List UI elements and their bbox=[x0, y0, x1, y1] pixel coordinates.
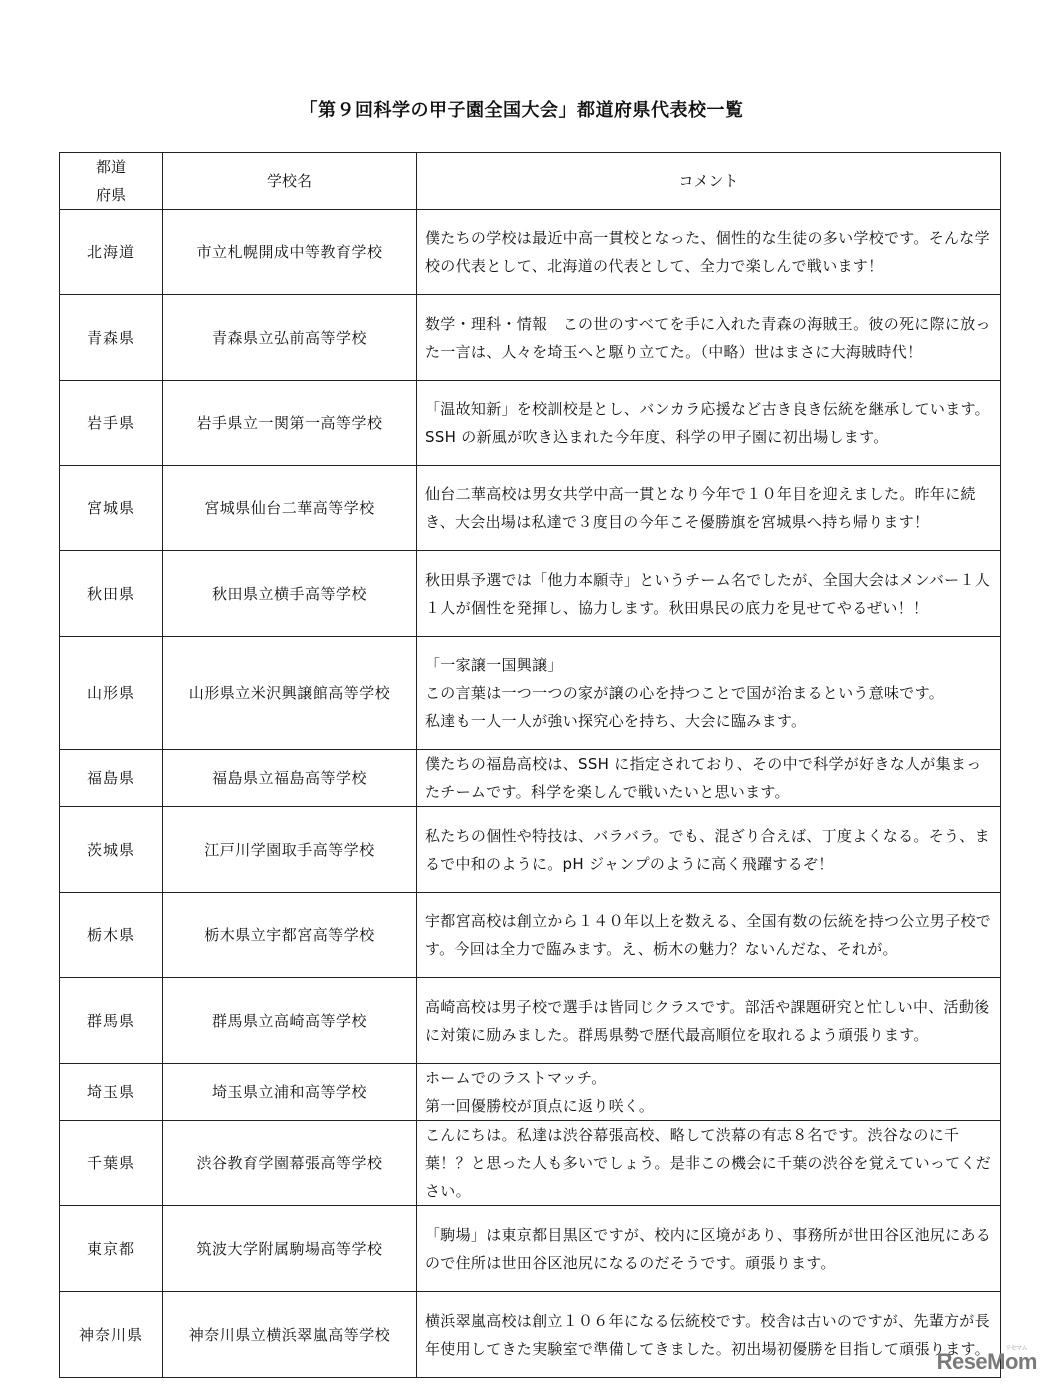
table-row: 埼玉県埼玉県立浦和高等学校ホームでのラストマッチ。 第一回優勝校が頂点に返り咲く… bbox=[60, 1064, 1001, 1121]
prefecture-cell: 秋田県 bbox=[60, 551, 163, 637]
representative-schools-table: 都道 府県 学校名 コメント 北海道市立札幌開成中等教育学校僕たちの学校は最近中… bbox=[59, 152, 1001, 1378]
school-name-cell: 福島県立福島高等学校 bbox=[163, 750, 417, 807]
table-row: 茨城県江戸川学園取手高等学校私たちの個性や特技は、バラバラ。でも、混ざり合えば、… bbox=[60, 807, 1001, 893]
resemom-logo: ReseMom リセマム bbox=[937, 1349, 1037, 1375]
prefecture-cell: 東京都 bbox=[60, 1206, 163, 1292]
school-name-cell: 秋田県立横手高等学校 bbox=[163, 551, 417, 637]
table-row: 栃木県栃木県立宇都宮高等学校宇都宮高校は創立から１４０年以上を数える、全国有数の… bbox=[60, 893, 1001, 978]
school-name-cell: 青森県立弘前高等学校 bbox=[163, 295, 417, 381]
page-title: 「第９回科学の甲子園全国大会」都道府県代表校一覧 bbox=[0, 96, 1043, 122]
prefecture-cell: 岩手県 bbox=[60, 381, 163, 466]
table-row: 群馬県群馬県立高崎高等学校高崎高校は男子校で選手は皆同じクラスです。部活や課題研… bbox=[60, 978, 1001, 1064]
prefecture-cell: 栃木県 bbox=[60, 893, 163, 978]
prefecture-cell: 青森県 bbox=[60, 295, 163, 381]
table-row: 福島県福島県立福島高等学校僕たちの福島高校は、SSH に指定されており、その中で… bbox=[60, 750, 1001, 807]
comment-cell: 数学・理科・情報 この世のすべてを手に入れた青森の海賊王。彼の死に際に放った一言… bbox=[417, 295, 1001, 381]
comment-cell: 僕たちの福島高校は、SSH に指定されており、その中で科学が好きな人が集まったチ… bbox=[417, 750, 1001, 807]
comment-cell: 横浜翠嵐高校は創立１０６年になる伝統校です。校舎は古いのですが、先輩方が長年使用… bbox=[417, 1292, 1001, 1378]
prefecture-cell: 北海道 bbox=[60, 210, 163, 295]
comment-cell: 高崎高校は男子校で選手は皆同じクラスです。部活や課題研究と忙しい中、活動後に対策… bbox=[417, 978, 1001, 1064]
prefecture-cell: 茨城県 bbox=[60, 807, 163, 893]
school-name-cell: 宮城県仙台二華高等学校 bbox=[163, 466, 417, 551]
comment-cell: 「温故知新」を校訓校是とし、バンカラ応援など古き良き伝統を継承しています。SSH… bbox=[417, 381, 1001, 466]
school-name-cell: 江戸川学園取手高等学校 bbox=[163, 807, 417, 893]
table-row: 秋田県秋田県立横手高等学校秋田県予選では「他力本願寺」というチーム名でしたが、全… bbox=[60, 551, 1001, 637]
table-header-row: 都道 府県 学校名 コメント bbox=[60, 153, 1001, 210]
table-row: 岩手県岩手県立一関第一高等学校「温故知新」を校訓校是とし、バンカラ応援など古き良… bbox=[60, 381, 1001, 466]
prefecture-cell: 神奈川県 bbox=[60, 1292, 163, 1378]
header-school: 学校名 bbox=[163, 153, 417, 210]
table-row: 神奈川県神奈川県立横浜翠嵐高等学校横浜翠嵐高校は創立１０６年になる伝統校です。校… bbox=[60, 1292, 1001, 1378]
comment-cell: 私たちの個性や特技は、バラバラ。でも、混ざり合えば、丁度よくなる。そう、まるで中… bbox=[417, 807, 1001, 893]
school-name-cell: 群馬県立高崎高等学校 bbox=[163, 978, 417, 1064]
school-name-cell: 渋谷教育学園幕張高等学校 bbox=[163, 1121, 417, 1206]
prefecture-cell: 群馬県 bbox=[60, 978, 163, 1064]
school-name-cell: 山形県立米沢興譲館高等学校 bbox=[163, 637, 417, 750]
school-name-cell: 筑波大学附属駒場高等学校 bbox=[163, 1206, 417, 1292]
table-row: 宮城県宮城県仙台二華高等学校仙台二華高校は男女共学中高一貫となり今年で１０年目を… bbox=[60, 466, 1001, 551]
header-comment: コメント bbox=[417, 153, 1001, 210]
table-row: 千葉県渋谷教育学園幕張高等学校こんにちは。私達は渋谷幕張高校、略して渋幕の有志８… bbox=[60, 1121, 1001, 1206]
prefecture-cell: 山形県 bbox=[60, 637, 163, 750]
comment-cell: 僕たちの学校は最近中高一貫校となった、個性的な生徒の多い学校です。そんな学校の代… bbox=[417, 210, 1001, 295]
table-row: 青森県青森県立弘前高等学校数学・理科・情報 この世のすべてを手に入れた青森の海賊… bbox=[60, 295, 1001, 381]
school-name-cell: 埼玉県立浦和高等学校 bbox=[163, 1064, 417, 1121]
comment-cell: 仙台二華高校は男女共学中高一貫となり今年で１０年目を迎えました。昨年に続き、大会… bbox=[417, 466, 1001, 551]
school-name-cell: 栃木県立宇都宮高等学校 bbox=[163, 893, 417, 978]
comment-cell: 「駒場」は東京都目黒区ですが、校内に区境があり、事務所が世田谷区池尻にあるので住… bbox=[417, 1206, 1001, 1292]
comment-cell: こんにちは。私達は渋谷幕張高校、略して渋幕の有志８名です。渋谷なのに千葉！？と思… bbox=[417, 1121, 1001, 1206]
table-row: 東京都筑波大学附属駒場高等学校「駒場」は東京都目黒区ですが、校内に区境があり、事… bbox=[60, 1206, 1001, 1292]
prefecture-cell: 福島県 bbox=[60, 750, 163, 807]
prefecture-cell: 宮城県 bbox=[60, 466, 163, 551]
school-name-cell: 市立札幌開成中等教育学校 bbox=[163, 210, 417, 295]
comment-cell: 宇都宮高校は創立から１４０年以上を数える、全国有数の伝統を持つ公立男子校です。今… bbox=[417, 893, 1001, 978]
table-row: 山形県山形県立米沢興譲館高等学校「一家譲一国興譲」 この言葉は一つ一つの家が譲の… bbox=[60, 637, 1001, 750]
table-row: 北海道市立札幌開成中等教育学校僕たちの学校は最近中高一貫校となった、個性的な生徒… bbox=[60, 210, 1001, 295]
comment-cell: 秋田県予選では「他力本願寺」というチーム名でしたが、全国大会はメンバー１人１人が… bbox=[417, 551, 1001, 637]
comment-cell: 「一家譲一国興譲」 この言葉は一つ一つの家が譲の心を持つことで国が治まるという意… bbox=[417, 637, 1001, 750]
school-name-cell: 岩手県立一関第一高等学校 bbox=[163, 381, 417, 466]
school-name-cell: 神奈川県立横浜翠嵐高等学校 bbox=[163, 1292, 417, 1378]
comment-cell: ホームでのラストマッチ。 第一回優勝校が頂点に返り咲く。 bbox=[417, 1064, 1001, 1121]
prefecture-cell: 千葉県 bbox=[60, 1121, 163, 1206]
prefecture-cell: 埼玉県 bbox=[60, 1064, 163, 1121]
header-prefecture: 都道 府県 bbox=[60, 153, 163, 210]
